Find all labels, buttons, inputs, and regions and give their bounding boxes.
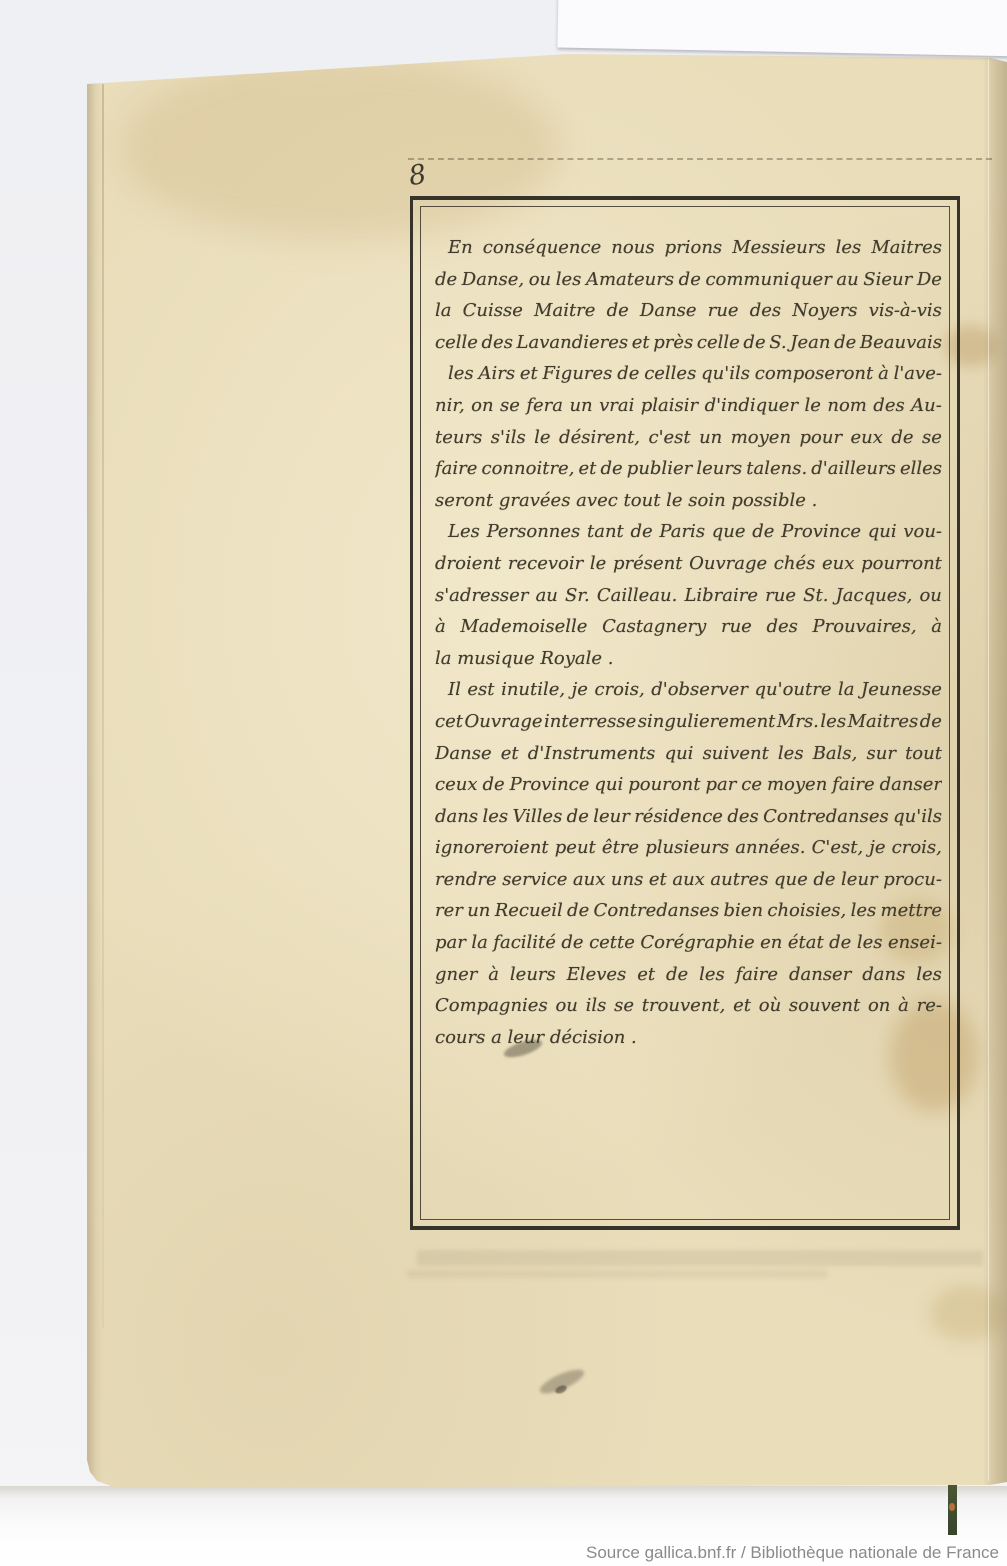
ghost-text-offset — [417, 1250, 983, 1266]
manuscript-line: nir,onseferaunvraiplaisird'indiquerlenom… — [435, 390, 942, 422]
underlying-white-sheet — [557, 0, 1007, 57]
manuscript-line: cours a leur décision . — [435, 1022, 942, 1054]
paper-left-edge-shadow — [87, 48, 103, 1488]
manuscript-line: ceuxdeProvincequipourontparcemoyenfaired… — [435, 769, 942, 801]
ghost-border-offset — [408, 158, 992, 160]
manuscript-line: gneràleursElevesetdelesfairedanserdansle… — [435, 959, 942, 991]
gallica-footer: Source gallica.bnf.fr / Bibliothèque nat… — [0, 1539, 1007, 1566]
manuscript-line: laCuisseMaitredeDanseruedesNoyersvis-à-v… — [435, 295, 942, 327]
page-number: 8 — [407, 159, 429, 192]
manuscript-line: EnconséquencenousprionsMessieurslesMaitr… — [435, 232, 942, 264]
manuscript-line: rendreserviceauxunsetauxautresquedeleurp… — [435, 864, 942, 896]
manuscript-line: danslesVillesdeleurrésidencedesContredan… — [435, 801, 942, 833]
manuscript-line: rerunRecueildeContredansesbienchoisies,l… — [435, 895, 942, 927]
manuscript-line: ignoreroientpeutêtreplusieursannées.C'es… — [435, 832, 942, 864]
manuscript-line: Ilestinutile,jecrois,d'observerqu'outrel… — [435, 674, 942, 706]
manuscript-line: seront gravées avec tout le soin possibl… — [435, 485, 942, 517]
paper-crease — [102, 84, 104, 1328]
paper-fold-line — [988, 56, 989, 1481]
manuscript-line: cetOuvrageinterressesingulierementMrs.le… — [435, 706, 942, 738]
manuscript-line: teurss'ilsledésirent,c'estunmoyenpoureux… — [435, 422, 942, 454]
scanned-page-view: 8 EnconséquencenousprionsMessieurslesMai… — [0, 0, 1007, 1566]
footer-credit: Source gallica.bnf.fr / Bibliothèque nat… — [0, 1539, 1007, 1566]
page-stack-edge — [983, 48, 1007, 1488]
engraved-frame: EnconséquencenousprionsMessieurslesMaitr… — [410, 196, 960, 1230]
paper-sheet: 8 EnconséquencenousprionsMessieurslesMai… — [87, 48, 1007, 1488]
manuscript-line: àMademoiselleCastagneryruedesProuvaires,… — [435, 611, 942, 643]
manuscript-line: Compagniesouilssetrouvent,etoùsouventonà… — [435, 990, 942, 1022]
manuscript-line: faireconnoitre,etdepublierleurstalens.d'… — [435, 453, 942, 485]
ghost-text-offset — [407, 1270, 827, 1278]
manuscript-text-block: EnconséquencenousprionsMessieurslesMaitr… — [435, 232, 942, 1053]
manuscript-line: droientrecevoirleprésentOuvragechéseuxpo… — [435, 548, 942, 580]
manuscript-line: la musique Royale . — [435, 643, 942, 675]
manuscript-line: s'adresserauSr.Cailleau.LibrairerueSt.Ja… — [435, 580, 942, 612]
pencil-smudge — [537, 1365, 587, 1398]
manuscript-line: parlafacilitédecetteCorégraphieenétatdel… — [435, 927, 942, 959]
manuscript-line: lesAirsetFiguresdecellesqu'ilscomposeron… — [435, 358, 942, 390]
manuscript-line: celledesLavandieresetprèscelledeS.Jeande… — [435, 327, 942, 359]
manuscript-line: Danseetd'InstrumentsquisuiventlesBals,su… — [435, 738, 942, 770]
ribbon-spot — [949, 1503, 955, 1511]
engraved-frame-inner: EnconséquencenousprionsMessieurslesMaitr… — [420, 206, 950, 1220]
bookmark-ribbon — [948, 1485, 957, 1535]
manuscript-line: LesPersonnestantdeParisquedeProvincequiv… — [435, 516, 942, 548]
manuscript-line: deDanse,oulesAmateursdecommuniquerauSieu… — [435, 264, 942, 296]
